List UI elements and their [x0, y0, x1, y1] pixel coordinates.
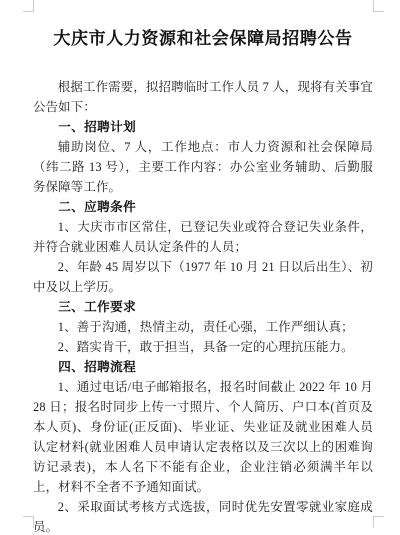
paragraph: 1、通过电话/电子邮箱报名，报名时间截止 2022 年 10 月 28 日；报名…	[33, 377, 373, 497]
document-page: 大庆市人力资源和社会保障局招聘公告 根据工作需要，拟招聘临时工作人员 7 人，现…	[0, 0, 400, 535]
document-content: 大庆市人力资源和社会保障局招聘公告 根据工作需要，拟招聘临时工作人员 7 人，现…	[33, 11, 373, 535]
section-heading-recruitment-process: 四、招聘流程	[33, 357, 373, 377]
section-heading-application-conditions: 二、应聘条件	[33, 197, 373, 217]
paragraph: 1、善于沟通，热情主动，责任心强，工作严细认真；	[33, 317, 373, 337]
paragraph: 1、大庆市市区常住，已登记失业或符合登记失业条件，并符合就业困难人员认定条件的人…	[33, 217, 373, 257]
paragraph: 辅助岗位、7 人，工作地点：市人力资源和社会保障局（纬二路 13 号），主要工作…	[33, 137, 373, 197]
text-boundary-mark-bottom-right	[373, 516, 384, 528]
section-heading-recruitment-plan: 一、招聘计划	[33, 117, 373, 137]
paragraph: 2、年龄 45 周岁以下（1977 年 10 月 21 日以后出生）、初中及以上…	[33, 257, 373, 297]
page-title: 大庆市人力资源和社会保障局招聘公告	[33, 25, 373, 53]
intro-paragraph: 根据工作需要，拟招聘临时工作人员 7 人，现将有关事宜公告如下：	[33, 77, 373, 117]
text-boundary-mark-top-right	[373, 0, 384, 12]
section-heading-work-requirements: 三、工作要求	[33, 297, 373, 317]
paragraph: 2、踏实肯干，敢于担当，具备一定的心理抗压能力。	[33, 337, 373, 357]
paragraph: 2、采取面试考核方式选拔，同时优先安置零就业家庭成员。	[33, 497, 373, 535]
